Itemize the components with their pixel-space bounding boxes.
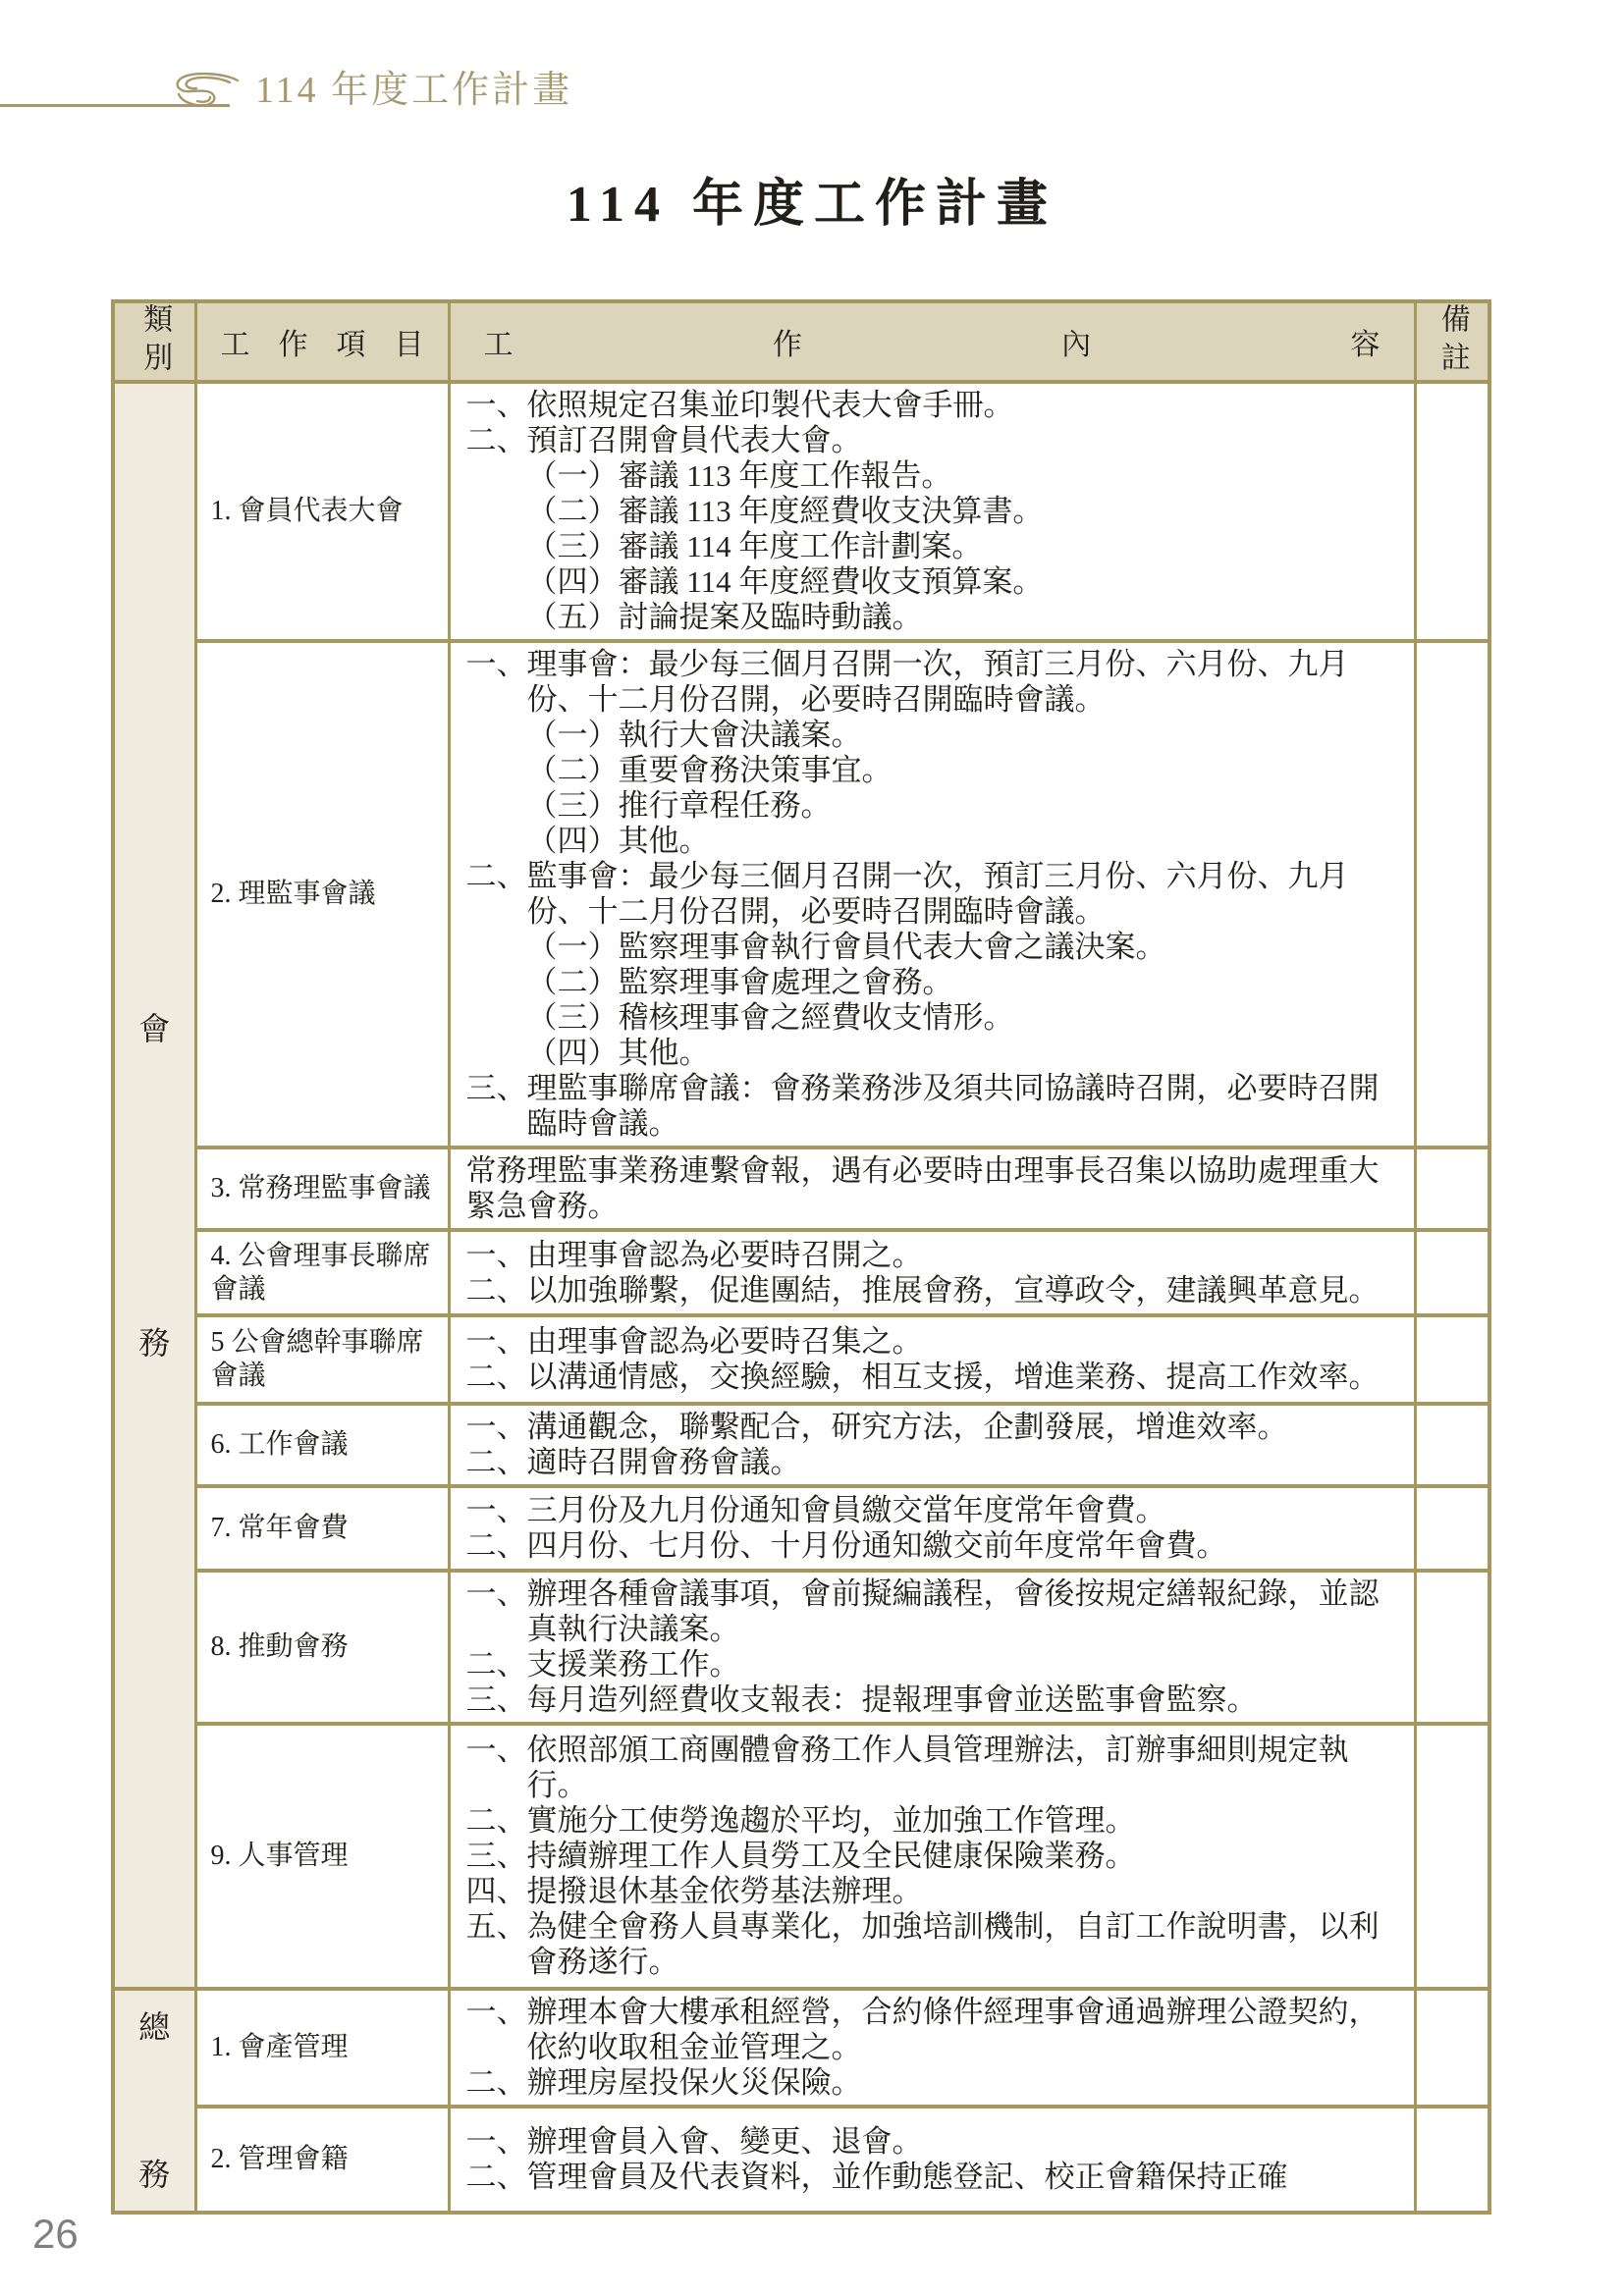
table-row: 2. 理監事會議一、理事會：最少每三個月召開一次，預訂三月份、六月份、九月份、十… [113, 641, 1489, 1148]
table-row: 9. 人事管理一、依照部頒工商團體會務工作人員管理辦法，訂辦事細則規定執行。二、… [113, 1724, 1489, 1989]
content-line: （二）審議 113 年度經費收支決算書。 [466, 494, 1402, 529]
item-cell: 2. 理監事會議 [195, 641, 449, 1148]
content-line: （四）其他。 [466, 824, 1402, 859]
table-row: 6. 工作會議一、溝通觀念，聯繫配合，研究方法，企劃發展，增進效率。二、適時召開… [113, 1404, 1489, 1486]
table-row: 3. 常務理監事會議常務理監事業務連繫會報，遇有必要時由理事長召集以協助處理重大… [113, 1148, 1489, 1230]
content-line: 四、提撥退休基金依勞基法辦理。 [466, 1874, 1402, 1909]
content-line: 二、監事會：最少每三個月召開一次，預訂三月份、六月份、九月份、十二月份召開，必要… [466, 859, 1402, 930]
remarks-cell [1415, 1486, 1489, 1571]
category-cell: 總務 [113, 1989, 195, 2213]
item-cell: 4. 公會理事長聯席會議 [195, 1230, 449, 1315]
table-row: 8. 推動會務一、辦理各種會議事項，會前擬編議程，會後按規定繕報紀錄，並認真執行… [113, 1571, 1489, 1724]
content-line: 三、持續辦理工作人員勞工及全民健康保險業務。 [466, 1839, 1402, 1874]
remarks-cell [1415, 382, 1489, 641]
item-cell: 2. 管理會籍 [195, 2107, 449, 2213]
category-label-char: 總 [115, 2010, 194, 2044]
content-line: （四）其他。 [466, 1036, 1402, 1071]
content-line: 三、每月造列經費收支報表：提報理事會並送監事會監察。 [466, 1682, 1402, 1718]
content-line: 一、理事會：最少每三個月召開一次，預訂三月份、六月份、九月份、十二月份召開，必要… [466, 647, 1402, 718]
content-cell: 一、由理事會認為必要時召開之。二、以加強聯繫，促進團結，推展會務，宣導政令，建議… [449, 1230, 1415, 1315]
remarks-cell [1415, 1148, 1489, 1230]
content-line: 一、溝通觀念，聯繫配合，研究方法，企劃發展，增進效率。 [466, 1410, 1402, 1445]
content-cell: 一、辦理各種會議事項，會前擬編議程，會後按規定繕報紀錄，並認真執行決議案。二、支… [449, 1571, 1415, 1724]
content-line: 一、辦理各種會議事項，會前擬編議程，會後按規定繕報紀錄，並認真執行決議案。 [466, 1576, 1402, 1647]
category-label-char: 務 [115, 1326, 194, 1360]
content-line: 三、理監事聯席會議：會務業務涉及須共同協議時召開，必要時召開臨時會議。 [466, 1071, 1402, 1142]
content-cell: 一、三月份及九月份通知會員繳交當年度常年會費。二、四月份、七月份、十月份通知繳交… [449, 1486, 1415, 1571]
content-line: （五）討論提案及臨時動議。 [466, 600, 1402, 635]
work-plan-table-body: 會務1. 會員代表大會一、依照規定召集並印製代表大會手冊。二、預訂召開會員代表大… [113, 382, 1489, 2213]
remarks-cell [1415, 1724, 1489, 1989]
content-line: 二、四月份、七月份、十月份通知繳交前年度常年會費。 [466, 1528, 1402, 1564]
remarks-cell [1415, 641, 1489, 1148]
table-row: 5 公會總幹事聯席會議一、由理事會認為必要時召集之。二、以溝通情感，交換經驗，相… [113, 1315, 1489, 1404]
table-row: 總務1. 會產管理一、辦理本會大樓承租經營，合約條件經理事會通過辦理公證契約，依… [113, 1989, 1489, 2107]
remarks-cell [1415, 1571, 1489, 1724]
content-line: 一、由理事會認為必要時召開之。 [466, 1238, 1402, 1273]
item-cell: 8. 推動會務 [195, 1571, 449, 1724]
table-row: 2. 管理會籍一、辦理會員入會、變更、退會。二、管理會員及代表資料，並作動態登記… [113, 2107, 1489, 2213]
content-line: 二、預訂召開會員代表大會。 [466, 423, 1402, 458]
content-line: 二、適時召開會務會議。 [466, 1445, 1402, 1480]
document-page: 114 年度工作計畫 114 年度工作計畫 類別 工作項目 工作內容 備註 會務… [0, 0, 1624, 2296]
content-line: 二、以溝通情感，交換經驗，相互支援，增進業務、提高工作效率。 [466, 1360, 1402, 1395]
column-header-remarks: 備註 [1415, 301, 1489, 382]
page-number: 26 [32, 2211, 79, 2258]
item-cell: 1. 會員代表大會 [195, 382, 449, 641]
content-cell: 一、辦理本會大樓承租經營，合約條件經理事會通過辦理公證契約，依約收取租金並管理之… [449, 1989, 1415, 2107]
column-header-item: 工作項目 [195, 301, 449, 382]
item-cell: 9. 人事管理 [195, 1724, 449, 1989]
content-cell: 一、辦理會員入會、變更、退會。二、管理會員及代表資料，並作動態登記、校正會籍保持… [449, 2107, 1415, 2213]
content-line: （三）審議 114 年度工作計劃案。 [466, 529, 1402, 564]
content-line: 二、以加強聯繫，促進團結，推展會務，宣導政令，建議興革意見。 [466, 1273, 1402, 1308]
content-cell: 一、依照規定召集並印製代表大會手冊。二、預訂召開會員代表大會。（一）審議 113… [449, 382, 1415, 641]
content-line: 一、辦理會員入會、變更、退會。 [466, 2124, 1402, 2160]
item-cell: 7. 常年會費 [195, 1486, 449, 1571]
item-cell: 3. 常務理監事會議 [195, 1148, 449, 1230]
content-line: （二）監察理事會處理之會務。 [466, 965, 1402, 1000]
remarks-cell [1415, 2107, 1489, 2213]
content-cell: 一、溝通觀念，聯繫配合，研究方法，企劃發展，增進效率。二、適時召開會務會議。 [449, 1404, 1415, 1486]
content-line: （一）監察理事會執行會員代表大會之議決案。 [466, 930, 1402, 965]
content-line: 一、三月份及九月份通知會員繳交當年度常年會費。 [466, 1493, 1402, 1528]
column-header-category: 類別 [113, 301, 195, 382]
content-line: 一、辦理本會大樓承租經營，合約條件經理事會通過辦理公證契約，依約收取租金並管理之… [466, 1995, 1402, 2065]
content-line: （四）審議 114 年度經費收支預算案。 [466, 564, 1402, 600]
column-header-content: 工作內容 [449, 301, 1415, 382]
table-row: 4. 公會理事長聯席會議一、由理事會認為必要時召開之。二、以加強聯繫，促進團結，… [113, 1230, 1489, 1315]
remarks-cell [1415, 1989, 1489, 2107]
cloud-swirl-logo [167, 71, 245, 119]
category-label-char: 務 [115, 2158, 194, 2191]
content-line: 五、為健全會務人員專業化，加強培訓機制，自訂工作說明書，以利會務遂行。 [466, 1909, 1402, 1980]
content-cell: 一、依照部頒工商團體會務工作人員管理辦法，訂辦事細則規定執行。二、實施分工使勞逸… [449, 1724, 1415, 1989]
content-line: 二、支援業務工作。 [466, 1647, 1402, 1682]
content-cell: 一、由理事會認為必要時召集之。二、以溝通情感，交換經驗，相互支援，增進業務、提高… [449, 1315, 1415, 1404]
content-cell: 常務理監事業務連繫會報，遇有必要時由理事長召集以協助處理重大緊急會務。 [449, 1148, 1415, 1230]
content-line: 一、依照規定召集並印製代表大會手冊。 [466, 388, 1402, 423]
content-line: （二）重要會務決策事宜。 [466, 753, 1402, 788]
remarks-cell [1415, 1315, 1489, 1404]
content-line: 二、管理會員及代表資料，並作動態登記、校正會籍保持正確 [466, 2160, 1402, 2195]
category-cell: 會務 [113, 382, 195, 1989]
category-label-char: 會 [115, 1012, 194, 1045]
content-line: （三）推行章程任務。 [466, 788, 1402, 824]
table-row: 會務1. 會員代表大會一、依照規定召集並印製代表大會手冊。二、預訂召開會員代表大… [113, 382, 1489, 641]
item-cell: 1. 會產管理 [195, 1989, 449, 2107]
remarks-cell [1415, 1230, 1489, 1315]
page-title: 114 年度工作計畫 [0, 162, 1624, 236]
content-line: （一）執行大會決議案。 [466, 718, 1402, 753]
remarks-cell [1415, 1404, 1489, 1486]
brand-title: 114 年度工作計畫 [255, 69, 572, 112]
content-line: 一、由理事會認為必要時召集之。 [466, 1324, 1402, 1360]
work-plan-table: 類別 工作項目 工作內容 備註 會務1. 會員代表大會一、依照規定召集並印製代表… [111, 299, 1491, 2215]
content-line: （三）稽核理事會之經費收支情形。 [466, 1000, 1402, 1036]
content-line: 二、辦理房屋投保火災保險。 [466, 2065, 1402, 2101]
item-cell: 5 公會總幹事聯席會議 [195, 1315, 449, 1404]
item-cell: 6. 工作會議 [195, 1404, 449, 1486]
content-cell: 一、理事會：最少每三個月召開一次，預訂三月份、六月份、九月份、十二月份召開，必要… [449, 641, 1415, 1148]
content-line: 常務理監事業務連繫會報，遇有必要時由理事長召集以協助處理重大緊急會務。 [466, 1153, 1402, 1224]
content-line: （一）審議 113 年度工作報告。 [466, 458, 1402, 494]
table-row: 7. 常年會費一、三月份及九月份通知會員繳交當年度常年會費。二、四月份、七月份、… [113, 1486, 1489, 1571]
content-line: 二、實施分工使勞逸趨於平均，並加強工作管理。 [466, 1803, 1402, 1839]
content-line: 一、依照部頒工商團體會務工作人員管理辦法，訂辦事細則規定執行。 [466, 1733, 1402, 1803]
